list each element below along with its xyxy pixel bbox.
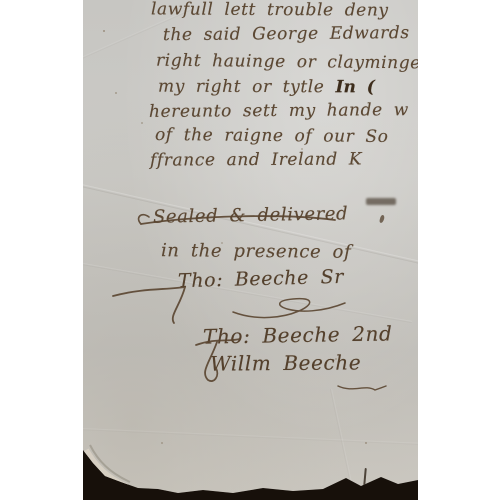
manuscript-line-4: my right or tytle In ( [158,77,375,98]
attestation-presence-of: in the presence of [161,240,351,263]
signature-willm-beeche: Willm Beeche [210,350,361,375]
corner-fold-shadow [90,445,130,482]
blackletter-initial: In ( [335,77,374,97]
manuscript-line-3: right hauinge or clayminge [156,51,418,74]
signature-tho-beeche-2nd: Tho: Beeche 2nd [203,321,393,348]
attestation-sealed-delivered: Sealed & delivered [153,203,349,227]
manuscript-line-1: lawfull lett trouble deny [151,0,389,21]
corner-fold-highlight [86,450,127,487]
stray-pen-mark [363,468,367,486]
parchment-paper: lawfull lett trouble deny the said Georg… [83,0,418,500]
line-4-text: my right or tytle [158,77,325,98]
paper-fold-crease [330,389,355,497]
screenshot-root: lawfull lett trouble deny the said Georg… [0,0,500,500]
manuscript-photo: lawfull lett trouble deny the said Georg… [83,0,418,500]
manuscript-line-6: of the raigne of our So [155,125,389,147]
paper-speckles [103,30,105,32]
manuscript-line-7: ffrance and Ireland K [150,149,362,170]
manuscript-line-2: the said George Edwards C [163,23,418,45]
manuscript-line-5: hereunto sett my hande w [149,100,409,122]
ink-smudge-mark [366,198,396,205]
paper-fold-crease [83,428,418,445]
ink-dot-mark [379,215,385,224]
signature-tho-beeche-sr: Tho: Beeche Sr [178,266,344,292]
